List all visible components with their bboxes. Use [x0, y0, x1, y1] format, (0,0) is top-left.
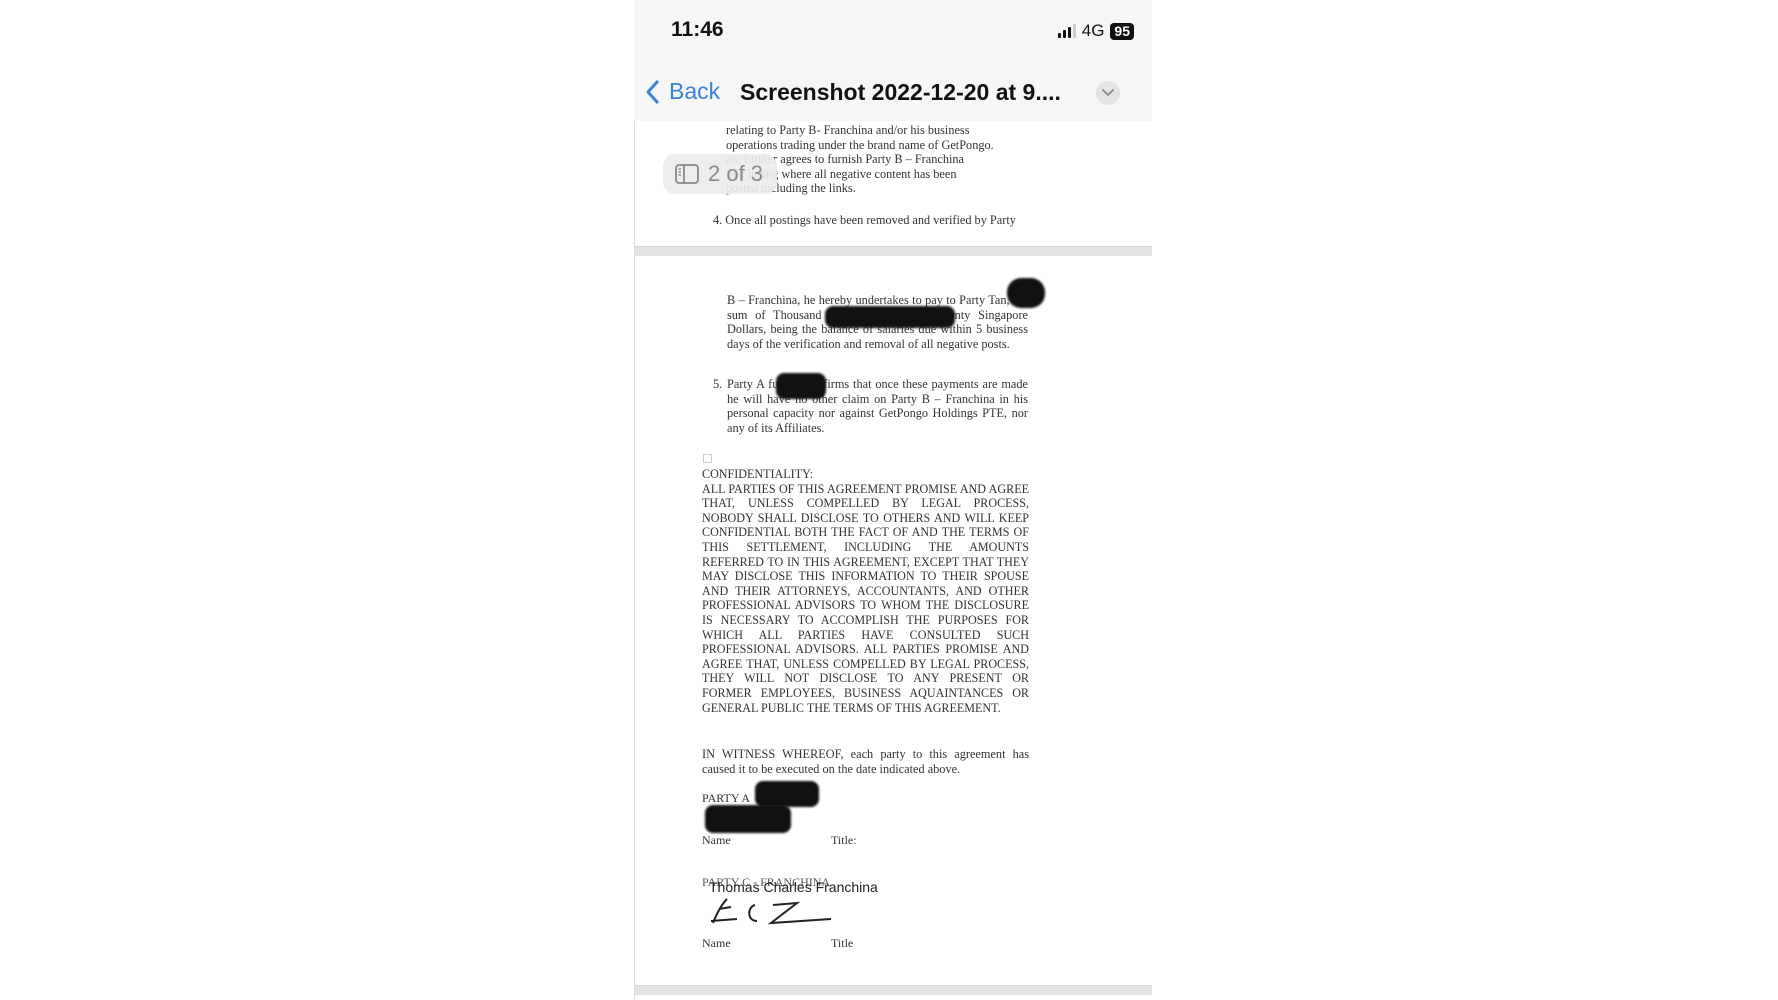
status-bar: 11:46 4G 95 [634, 0, 1152, 62]
page1-line: operations trading under the brand name … [726, 138, 1028, 153]
redaction-mark [1007, 278, 1045, 308]
status-indicators: 4G 95 [1058, 21, 1134, 41]
back-button[interactable]: Back [646, 78, 720, 105]
party-c-name-label: Name [702, 936, 731, 951]
document-title[interactable]: Screenshot 2022-12-20 at 9.... [740, 79, 1061, 106]
battery-level: 95 [1110, 23, 1134, 40]
signature-image [707, 895, 837, 929]
chevron-down-icon [1102, 89, 1114, 97]
redaction-mark [776, 373, 826, 399]
redaction-mark [825, 306, 955, 328]
page1-cut-line: . . . . . . . . . . . . . . . . . . . . … [726, 115, 1028, 123]
page-indicator[interactable]: 2 of 3 [663, 154, 777, 194]
status-time: 11:46 [671, 18, 724, 42]
page-separator [635, 246, 1152, 256]
party-a-label: PARTY A [702, 791, 750, 806]
item4-start: 4. Once all postings have been removed a… [713, 213, 1028, 228]
sidebar-icon [675, 164, 699, 184]
back-label: Back [669, 78, 720, 105]
phone-screen: 11:46 4G 95 Back Screenshot 2022-12-20 a… [634, 0, 1152, 1000]
party-c-title-label: Title [831, 936, 853, 951]
network-type: 4G [1082, 21, 1105, 41]
page-indicator-label: 2 of 3 [708, 161, 763, 187]
item5-body: Party A further confirms that once these… [727, 377, 1028, 435]
placeholder-box [703, 454, 712, 463]
cellular-signal-icon [1058, 24, 1076, 38]
document-viewer[interactable]: . . . . . . . . . . . . . . . . . . . . … [634, 121, 1152, 1000]
redaction-mark [705, 805, 791, 833]
navigation-bar: Back Screenshot 2022-12-20 at 9.... [634, 68, 1152, 120]
confidentiality-body: ALL PARTIES OF THIS AGREEMENT PROMISE AN… [702, 482, 1029, 716]
confidentiality-section: CONFIDENTIALITY: ALL PARTIES OF THIS AGR… [702, 467, 1029, 715]
confidentiality-heading: CONFIDENTIALITY: [702, 467, 1029, 482]
item5: 5. Party A further confirms that once th… [713, 377, 1028, 435]
party-a-title-label: Title: [831, 833, 857, 848]
item5-number: 5. [713, 377, 722, 392]
chevron-left-icon [646, 80, 659, 104]
witness-clause: IN WITNESS WHEREOF, each party to this a… [702, 747, 1029, 776]
redaction-mark [755, 781, 819, 807]
page-separator [635, 985, 1152, 995]
title-menu-button[interactable] [1096, 81, 1120, 105]
page1-line: relating to Party B- Franchina and/or hi… [726, 123, 1028, 138]
party-a-name-label: Name [702, 833, 731, 848]
party-c-typed-name: Thomas Charles Franchina [709, 879, 878, 895]
